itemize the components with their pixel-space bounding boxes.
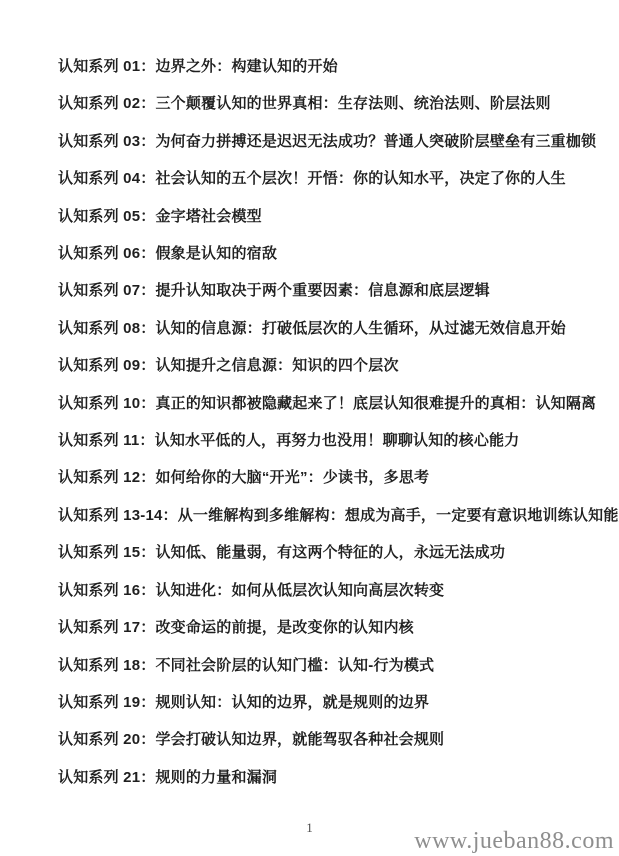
series-item: 认知系列 12：如何给你的大脑“开光”：少读书，多思考 [58,459,611,496]
series-list: 认知系列 01：边界之外：构建认知的开始认知系列 02：三个颠覆认知的世界真相：… [58,48,611,796]
series-item: 认知系列 04：社会认知的五个层次！开悟：你的认知水平，决定了你的人生 [58,160,611,197]
series-item: 认知系列 02：三个颠覆认知的世界真相：生存法则、统治法则、阶层法则 [58,85,611,122]
series-item: 认知系列 03：为何奋力拼搏还是迟迟无法成功？普通人突破阶层壁垒有三重枷锁 [58,123,611,160]
series-item: 认知系列 18：不同社会阶层的认知门槛：认知-行为模式 [58,647,611,684]
series-item: 认知系列 11：认知水平低的人，再努力也没用！聊聊认知的核心能力 [58,422,611,459]
document-page: 认知系列 01：边界之外：构建认知的开始认知系列 02：三个颠覆认知的世界真相：… [0,0,619,856]
series-item: 认知系列 17：改变命运的前提，是改变你的认知内核 [58,609,611,646]
series-item: 认知系列 01：边界之外：构建认知的开始 [58,48,611,85]
series-item: 认知系列 09：认知提升之信息源：知识的四个层次 [58,347,611,384]
series-item: 认知系列 21：规则的力量和漏洞 [58,759,611,796]
series-item: 认知系列 19：规则认知：认知的边界，就是规则的边界 [58,684,611,721]
watermark-text: www.jueban88.com [414,828,614,855]
series-item: 认知系列 05：金字塔社会模型 [58,198,611,235]
series-item: 认知系列 07：提升认知取决于两个重要因素：信息源和底层逻辑 [58,272,611,309]
series-item: 认知系列 10：真正的知识都被隐藏起来了！底层认知很难提升的真相：认知隔离 [58,385,611,422]
series-item: 认知系列 16：认知进化：如何从低层次认知向高层次转变 [58,572,611,609]
series-item: 认知系列 06：假象是认知的宿敌 [58,235,611,272]
series-item: 认知系列 13-14：从一维解构到多维解构：想成为高手，一定要有意识地训练认知能… [58,497,611,534]
series-item: 认知系列 08：认知的信息源：打破低层次的人生循环，从过滤无效信息开始 [58,310,611,347]
series-item: 认知系列 15：认知低、能量弱，有这两个特征的人，永远无法成功 [58,534,611,571]
series-item: 认知系列 20：学会打破认知边界，就能驾驭各种社会规则 [58,721,611,758]
